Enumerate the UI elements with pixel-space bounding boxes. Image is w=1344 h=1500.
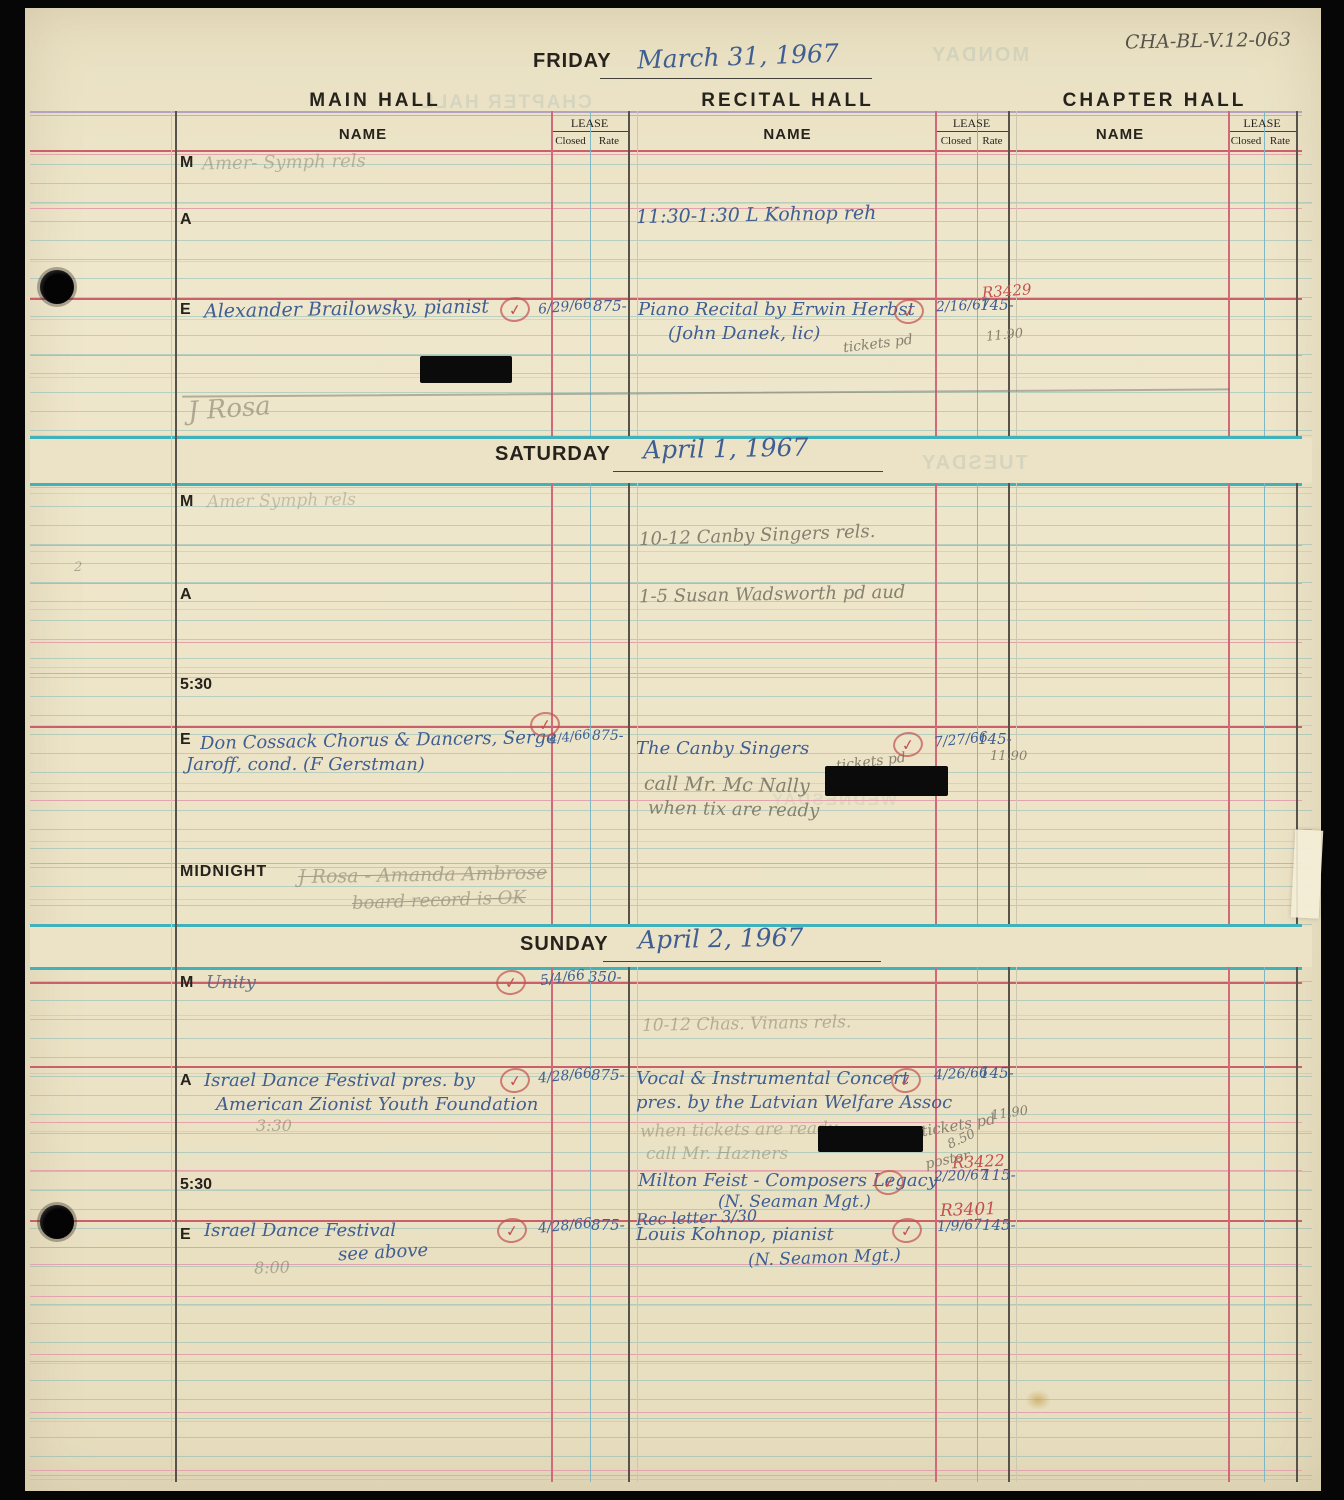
saturday-call-note-line2: when tix are ready xyxy=(648,798,820,822)
recital-rate-header: Rate xyxy=(977,135,1008,147)
redaction-box xyxy=(420,356,512,383)
friday-e-main-rate: 875- xyxy=(593,297,627,315)
saturday-label: SATURDAY xyxy=(495,443,611,466)
entry-saturday-evening-recital: The Canby Singers xyxy=(636,738,809,759)
sunday-time-a: A xyxy=(180,1072,192,1090)
friday-time-a: A xyxy=(180,211,192,229)
friday-e-recital-receipt-number: R3429 xyxy=(981,280,1032,301)
sunday-530-rate: 115- xyxy=(982,1166,1016,1184)
main-lease-header: LEASE xyxy=(551,116,628,131)
sunday-time-m: M xyxy=(180,974,193,992)
friday-time-m: M xyxy=(180,154,193,172)
friday-time-e: E xyxy=(180,301,191,319)
entry-sunday-evening-main: Israel Dance Festival xyxy=(204,1220,396,1241)
entry-friday-morning-main: Amer- Symph rels xyxy=(202,151,366,175)
friday-signature: J Rosa xyxy=(187,391,272,427)
saturday-e-recital-rate: 145- xyxy=(978,730,1012,748)
sunday-date-underline xyxy=(603,961,881,962)
sunday-m-main-rate: 350- xyxy=(588,968,622,986)
sunday-e-main-time-note: 8:00 xyxy=(254,1257,291,1277)
redaction-box xyxy=(825,766,948,796)
chapter-hall-title: CHAPTER HALL xyxy=(1012,90,1297,112)
sunday-label: SUNDAY xyxy=(520,933,609,956)
sunday-a-main-rate: 875- xyxy=(591,1066,625,1084)
saturday-time-a: A xyxy=(180,586,192,604)
ledger-page: MONDAY CHAPTER HALL TUESDAY WEDNESDAY xyxy=(25,8,1321,1491)
saturday-time-midnight: MIDNIGHT xyxy=(180,863,267,881)
main-hall-title: MAIN HALL xyxy=(205,90,545,112)
bleed-monday: MONDAY xyxy=(930,44,1029,67)
sunday-e-recital-closed-date: 1/9/67 xyxy=(937,1217,983,1235)
binder-hole-bottom xyxy=(40,1205,74,1239)
entry-friday-evening-recital-line2: (John Danek, lic) xyxy=(668,323,820,344)
sunday-e-recital-rate: 145- xyxy=(982,1216,1016,1234)
bleed-tuesday: TUESDAY xyxy=(920,452,1028,475)
paper-stain xyxy=(1025,1390,1051,1410)
sunday-tickets-note-line2: call Mr. Hazners xyxy=(646,1144,788,1164)
entry-sunday-afternoon-recital-line2: pres. by the Latvian Welfare Assoc xyxy=(636,1092,952,1113)
saturday-call-note-line1: call Mr. Mc Nally xyxy=(644,773,810,798)
entry-sunday-afternoon-main-line2: American Zionist Youth Foundation xyxy=(216,1094,538,1115)
chapter-closed-header: Closed xyxy=(1228,135,1264,147)
recital-closed-header: Closed xyxy=(935,135,977,147)
binder-hole-top xyxy=(40,270,74,304)
saturday-e-main-rate: 875- xyxy=(592,728,623,744)
sunday-time-530: 5:30 xyxy=(180,1176,212,1194)
friday-label: FRIDAY xyxy=(533,50,612,73)
tape-repair xyxy=(1291,829,1324,918)
sunday-a-recital-rate: 145- xyxy=(980,1064,1014,1082)
entry-sunday-afternoon-main: Israel Dance Festival pres. by xyxy=(204,1070,475,1091)
saturday-e-recital-amount: 11.90 xyxy=(990,749,1027,764)
saturday-time-m: M xyxy=(180,493,193,511)
entry-sunday-afternoon-recital: Vocal & Instrumental Concert xyxy=(636,1068,909,1089)
chapter-lease-header: LEASE xyxy=(1228,116,1296,131)
entry-saturday-evening-main-line2: Jaroff, cond. (F Gerstman) xyxy=(186,754,425,775)
sunday-530-closed-date: 2/20/67 xyxy=(934,1167,989,1185)
entry-sunday-morning-main: Unity xyxy=(206,972,256,993)
saturday-time-530: 5:30 xyxy=(180,676,212,694)
redaction-box xyxy=(818,1126,923,1152)
chapter-name-header: NAME xyxy=(1012,126,1228,143)
sunday-time-e: E xyxy=(180,1226,191,1244)
main-closed-header: Closed xyxy=(551,135,590,147)
sunday-date: April 2, 1967 xyxy=(638,923,804,955)
ledger-scan: MONDAY CHAPTER HALL TUESDAY WEDNESDAY xyxy=(0,0,1344,1500)
sunday-a-main-time-note: 3:30 xyxy=(256,1116,292,1135)
friday-date: March 31, 1967 xyxy=(637,38,840,74)
friday-date-underline xyxy=(600,78,872,79)
chapter-rate-header: Rate xyxy=(1264,135,1296,147)
main-rate-header: Rate xyxy=(590,135,628,147)
main-name-header: NAME xyxy=(175,126,551,143)
entry-friday-afternoon-recital: 11:30-1:30 L Kohnop reh xyxy=(636,202,877,228)
stray-margin-mark: 2 xyxy=(74,560,82,575)
entry-friday-evening-recital: Piano Recital by Erwin Herbst xyxy=(638,299,915,320)
archive-code: CHA-BL-V.12-063 xyxy=(1125,29,1292,54)
saturday-midnight-note-line1: J Rosa - Amanda Ambrose xyxy=(298,862,548,888)
recital-hall-title: RECITAL HALL xyxy=(640,90,935,112)
sunday-e-main-rate: 875- xyxy=(591,1216,625,1234)
recital-lease-header: LEASE xyxy=(935,116,1008,131)
entry-sunday-morning-recital: 10-12 Chas. Vinans rels. xyxy=(642,1012,852,1036)
sunday-tickets-note-line1: when tickets are ready, xyxy=(640,1118,841,1142)
saturday-date-underline xyxy=(613,471,883,472)
saturday-date: April 1, 1967 xyxy=(643,433,809,465)
recital-name-header: NAME xyxy=(640,126,935,143)
saturday-time-e: E xyxy=(180,731,191,749)
entry-saturday-morning-main: Amer Symph rels xyxy=(207,490,356,513)
entry-sunday-evening-recital: Louis Kohnop, pianist xyxy=(636,1224,834,1245)
